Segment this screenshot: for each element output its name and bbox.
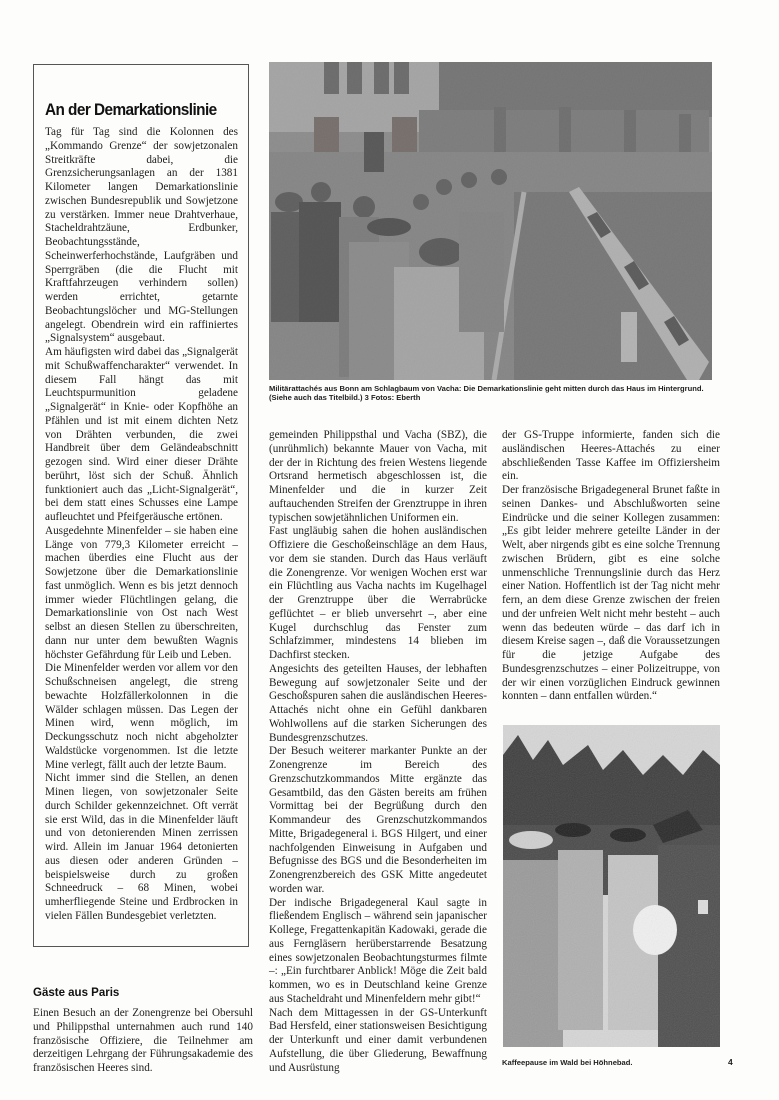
sidebar-box: An der Demarkationslinie Tag für Tag sin…: [33, 64, 249, 947]
paragraph: Angesichts des geteilten Hauses, der leb…: [269, 663, 487, 746]
paragraph: der GS-Truppe informierte, fanden sich d…: [502, 429, 720, 484]
box-paragraph: Ausgedehnte Minenfelder – sie haben eine…: [45, 525, 238, 663]
paragraph: Fast ungläubig sahen die hohen ausländis…: [269, 525, 487, 663]
paragraph: Nach dem Mittagessen in der GS-Unterkunf…: [269, 1007, 487, 1076]
photo-illustration: [269, 62, 712, 380]
border-barrier-photo: [269, 62, 712, 380]
photo-caption-bottom: Kaffeepause im Wald bei Höhnebad.: [502, 1058, 702, 1067]
column-right: der GS-Truppe informierte, fanden sich d…: [502, 429, 720, 704]
box-paragraph: Nicht immer sind die Stellen, an denen M…: [45, 772, 238, 923]
box-paragraph: Die Minenfelder werden vor allem vor den…: [45, 662, 238, 772]
box-paragraph: Am häufigsten wird dabei das „Signalgerä…: [45, 346, 238, 525]
section-heading: Gäste aus Paris: [33, 987, 253, 999]
photo-illustration: [503, 725, 720, 1047]
box-paragraph: Tag für Tag sind die Kolonnen des „Komma…: [45, 126, 238, 346]
column-middle: gemeinden Philippsthal und Vacha (SBZ), …: [269, 429, 487, 1075]
paragraph: Der Besuch weiterer markanter Punkte an …: [269, 745, 487, 896]
paragraph: Einen Besuch an der Zonengrenze bei Ober…: [33, 1007, 253, 1076]
box-body: Tag für Tag sind die Kolonnen des „Komma…: [45, 126, 238, 924]
section-paris: Gäste aus Paris Einen Besuch an der Zone…: [33, 987, 253, 1076]
paragraph: gemeinden Philippsthal und Vacha (SBZ), …: [269, 429, 487, 525]
section-body: Einen Besuch an der Zonengrenze bei Ober…: [33, 1007, 253, 1076]
box-title: An der Demarkationslinie: [45, 101, 224, 120]
page-number: 4: [728, 1057, 733, 1067]
paragraph: Der französische Brigadegeneral Brunet f…: [502, 484, 720, 704]
paragraph: Der indische Brigadegeneral Kaul sagte i…: [269, 897, 487, 1007]
photo-caption-top: Militärattachés aus Bonn am Schlagbaum v…: [269, 384, 719, 402]
coffee-break-photo: [503, 725, 720, 1047]
